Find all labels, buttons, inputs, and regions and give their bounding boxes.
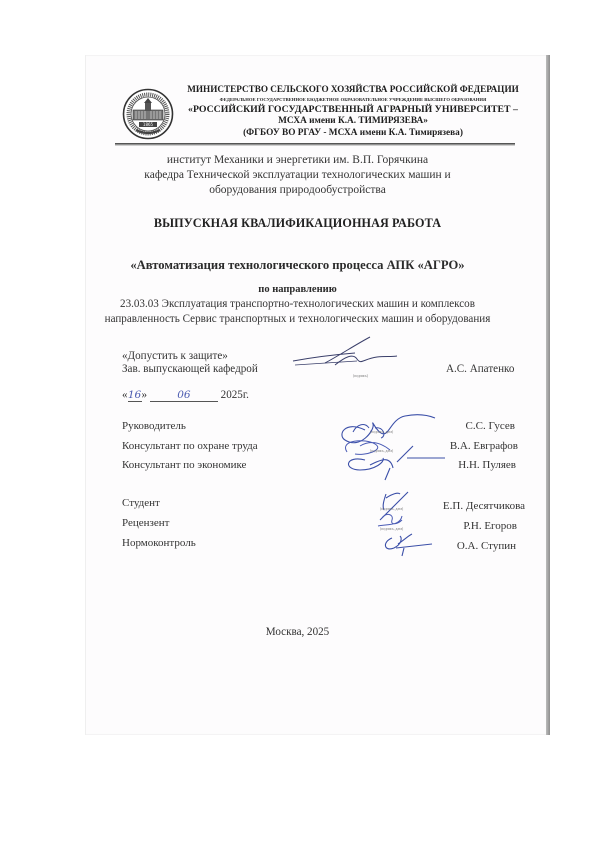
role-supervisor: Руководитель [122, 420, 186, 432]
caption-safety-consultant: (подпись, дата) [370, 449, 393, 453]
signature-head-of-chair [285, 335, 405, 380]
svg-text:1865: 1865 [143, 122, 154, 127]
work-topic-bold: АПК «АГРО» [387, 258, 465, 272]
chair-name-line1: кафедра Технической эксплуатации техноло… [0, 169, 595, 181]
date-month: 06 [150, 389, 218, 402]
direction-label: по направлению [0, 284, 595, 295]
admit-to-defense: «Допустить к защите» [122, 350, 228, 362]
name-norm-control: О.А. Ступин [430, 540, 516, 552]
role-economics-consultant: Консультант по экономике [122, 459, 246, 471]
ministry-name: МИНИСТЕРСТВО СЕЛЬСКОГО ХОЗЯЙСТВА РОССИЙС… [183, 84, 523, 94]
role-reviewer: Рецензент [122, 517, 169, 529]
date-day: 16 [128, 389, 142, 402]
institute-name: институт Механики и энергетики им. В.П. … [0, 154, 595, 166]
name-supervisor: С.С. Гусев [440, 420, 515, 432]
role-student: Студент [122, 497, 160, 509]
name-reviewer: Р.Н. Егоров [430, 520, 517, 532]
university-short-name: (ФГБОУ ВО РГАУ - МСХА имени К.А. Тимиряз… [183, 128, 523, 138]
university-name-line2: МСХА имени К.А. ТИМИРЯЗЕВА» [183, 116, 523, 126]
head-of-chair-name: А.С. Апатенко [446, 363, 514, 375]
institution-type: ФЕДЕРАЛЬНОЕ ГОСУДАРСТВЕННОЕ БЮДЖЕТНОЕ ОБ… [183, 97, 523, 102]
signature-caption: (подпись) [353, 374, 368, 378]
head-of-chair-role: Зав. выпускающей кафедрой [122, 363, 258, 375]
chair-name-line2: оборудования природообустройства [0, 184, 595, 196]
work-type-title: ВЫПУСКНАЯ КВАЛИФИКАЦИОННАЯ РАБОТА [0, 216, 595, 231]
caption-student: (подпись, дата) [380, 507, 403, 511]
role-safety-consultant: Консультант по охране труда [122, 440, 258, 452]
date-quote-close: » [142, 389, 148, 401]
header-divider [115, 143, 515, 146]
caption-reviewer: (подпись, дата) [380, 527, 403, 531]
university-name-line1: «РОССИЙСКИЙ ГОСУДАРСТВЕННЫЙ АГРАРНЫЙ УНИ… [183, 104, 523, 115]
city-year: Москва, 2025 [0, 626, 595, 638]
direction-profile: направленность Сервис транспортных и тех… [0, 313, 595, 325]
date-year: 2025г. [221, 389, 249, 401]
work-topic-prefix: «Автоматизация технологического процесса [130, 258, 386, 272]
caption-supervisor: (подпись, дата) [370, 430, 393, 434]
direction-code: 23.03.03 Эксплуатация транспортно-технол… [0, 298, 595, 310]
approval-date: «16» 06 2025г. [122, 389, 249, 402]
work-topic: «Автоматизация технологического процесса… [0, 258, 595, 273]
university-seal-icon: 1865 [122, 88, 174, 140]
role-norm-control: Нормоконтроль [122, 537, 196, 549]
